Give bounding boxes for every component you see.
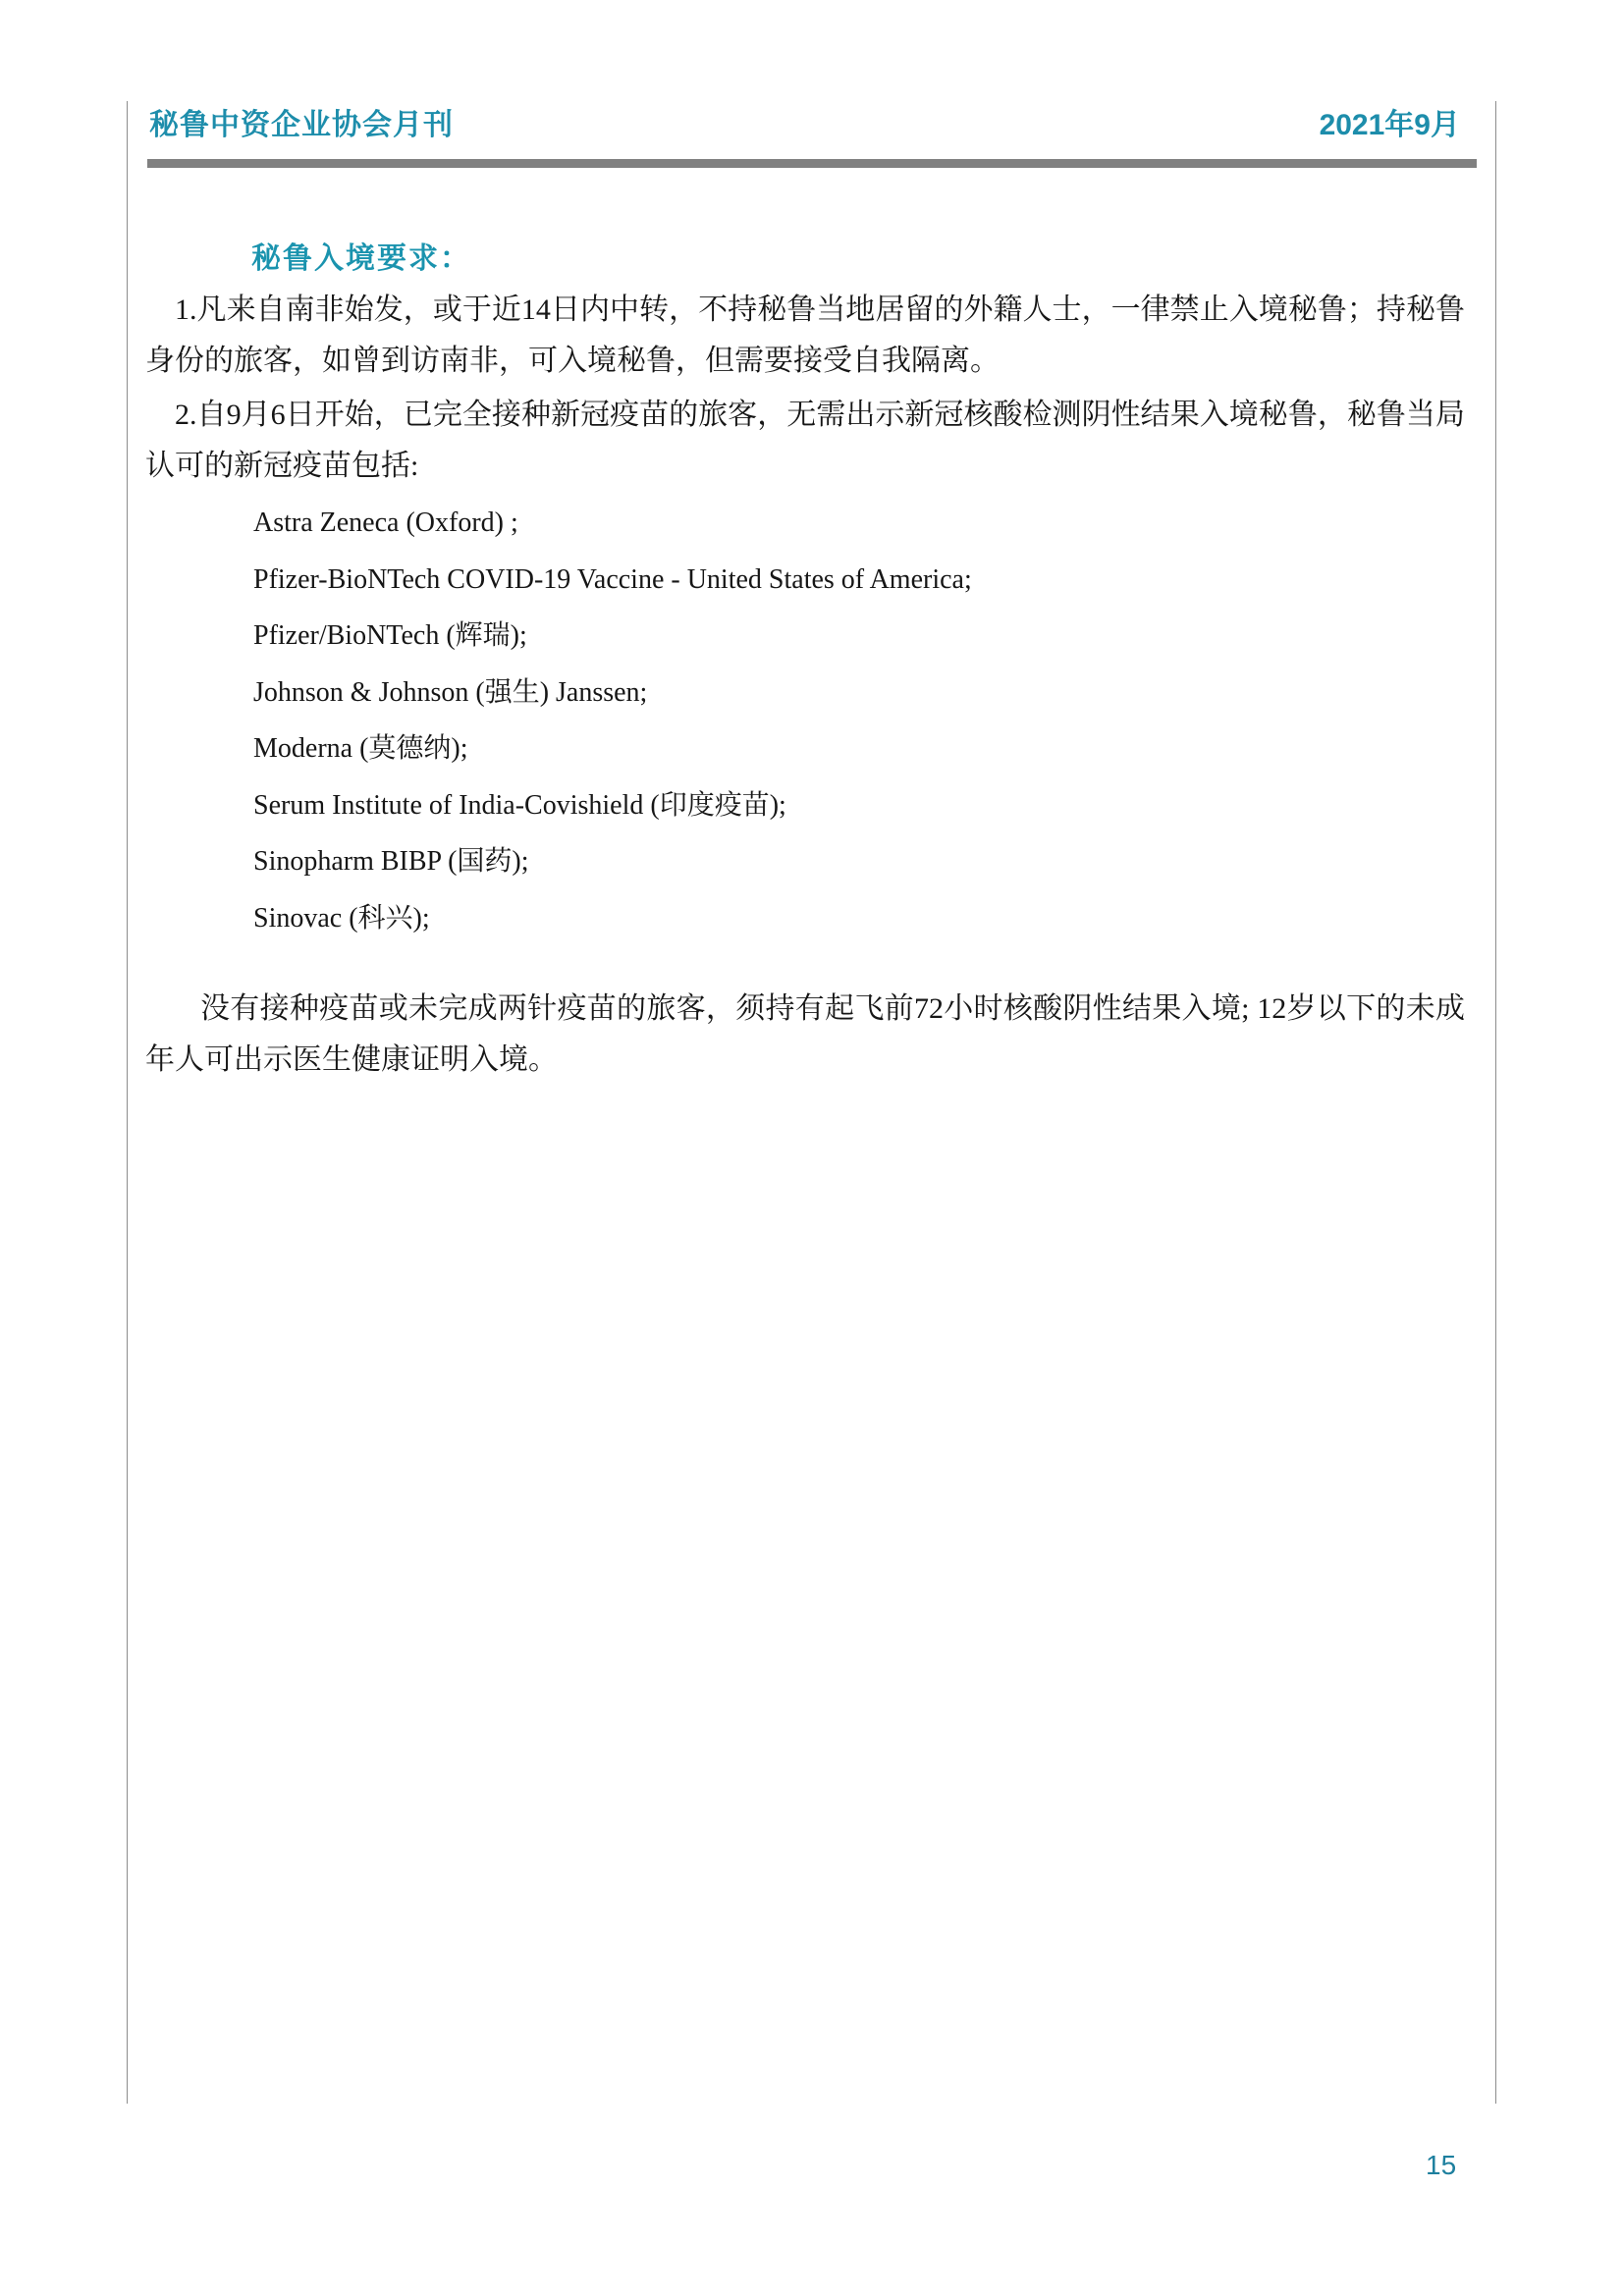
vaccine-list: Astra Zeneca (Oxford) ; Pfizer-BioNTech … xyxy=(145,495,1465,946)
header-divider xyxy=(147,159,1477,168)
paragraph-vaccinated-travelers: 2.自9月6日开始，已完全接种新冠疫苗的旅客，无需出示新冠核酸检测阴性结果入境秘… xyxy=(145,390,1465,492)
document-page: { "page": { "background": "#ffffff", "ac… xyxy=(0,0,1623,2296)
vaccine-item: Pfizer/BioNTech (辉瑞); xyxy=(253,608,1465,665)
vaccine-item: Sinopharm BIBP (国药); xyxy=(253,833,1465,890)
issue-date: 2021年9月 xyxy=(1320,100,1460,143)
body-text: 1.凡来自南非始发，或于近14日内中转，不持秘鲁当地居留的外籍人士，一律禁止入境… xyxy=(145,285,1465,1089)
paragraph-entry-ban: 1.凡来自南非始发，或于近14日内中转，不持秘鲁当地居留的外籍人士，一律禁止入境… xyxy=(145,285,1465,387)
vaccine-item: Sinovac (科兴); xyxy=(253,890,1465,947)
vaccine-item: Johnson & Johnson (强生) Janssen; xyxy=(253,665,1465,721)
section-title: 秘鲁入境要求： xyxy=(251,234,471,277)
newsletter-title: 秘鲁中资企业协会月刊 xyxy=(149,100,454,143)
vaccine-item: Pfizer-BioNTech COVID-19 Vaccine - Unite… xyxy=(253,552,1465,609)
vaccine-item: Serum Institute of India-Covishield (印度疫… xyxy=(253,777,1465,834)
page-number: 15 xyxy=(1426,2150,1456,2181)
vaccine-item: Moderna (莫德纳); xyxy=(253,721,1465,777)
vaccine-item: Astra Zeneca (Oxford) ; xyxy=(253,495,1465,552)
paragraph-unvaccinated-travelers: 没有接种疫苗或未完成两针疫苗的旅客，须持有起飞前72小时核酸阴性结果入境; 12… xyxy=(145,984,1465,1086)
